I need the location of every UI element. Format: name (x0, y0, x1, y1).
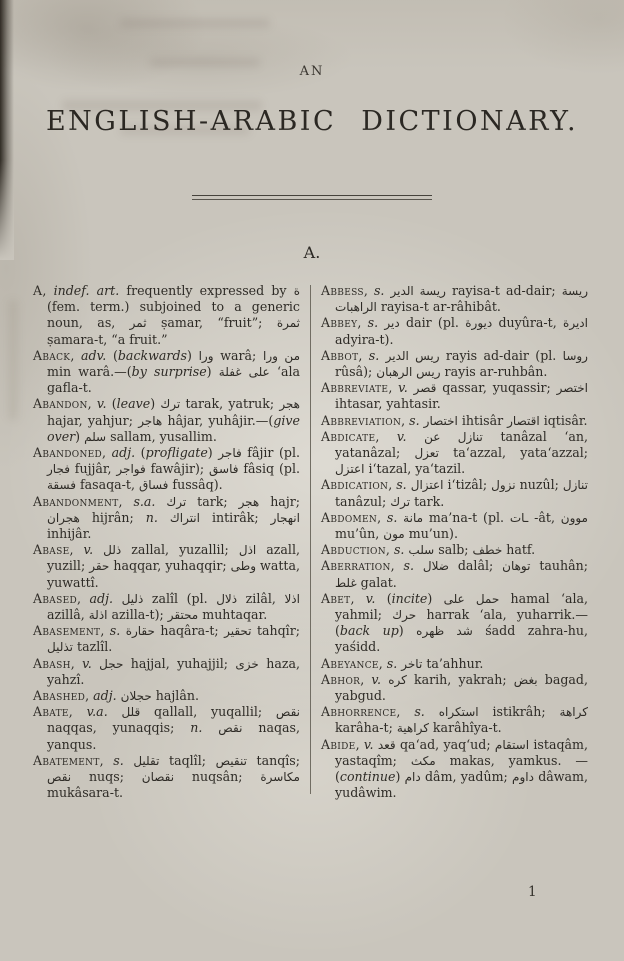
arabic-text: حقر (89, 559, 109, 573)
grammar-label: adj. (93, 688, 116, 703)
arabic-text: اعتزل (335, 462, 364, 476)
grammar-label: s. (369, 348, 379, 363)
grammar-label: incite (392, 591, 428, 606)
entry-text: taqlîl; (159, 753, 215, 768)
headword: Aberration (321, 558, 391, 573)
entry-text: , (88, 396, 97, 411)
dictionary-entry: Abbreviate, v. قصر qassar, yuqassir; اخت… (321, 380, 588, 412)
grammar-label: v.a. (87, 704, 108, 719)
arabic-text: ثمر (130, 316, 147, 330)
entry-text: ( (106, 348, 118, 363)
entry-text: dair (pl. (400, 315, 466, 330)
dictionary-entry: Abashed, adj. حجلان hajlân. (33, 688, 300, 704)
grammar-label: v. (397, 429, 407, 444)
column-divider-rule (310, 285, 311, 794)
entry-text: , (358, 348, 368, 363)
entry-text (124, 753, 134, 768)
arabic-text: هجران (47, 511, 80, 525)
entry-text: karih, yakrah; (407, 672, 514, 687)
grammar-label: backwards (118, 348, 187, 363)
grammar-label: s.a. (133, 494, 155, 509)
entry-text: i‘tazal, ya‘tazil. (364, 461, 465, 476)
arabic-text: داوم (512, 770, 534, 784)
arabic-text: وطى (231, 559, 256, 573)
headword: Abasement (33, 623, 100, 638)
arabic-text: هاجر (138, 414, 162, 428)
entry-text (414, 558, 423, 573)
arabic-text: اذل (239, 543, 256, 557)
entry-text: fâsiq (pl. (239, 461, 300, 476)
arabic-text: دام (405, 770, 421, 784)
arabic-text: تاخر (401, 657, 422, 671)
entry-text: tahqîr; (252, 623, 300, 638)
entry-text: hijrân; (80, 510, 146, 525)
headword: Abased (33, 591, 77, 606)
arabic-text: حمل على (444, 592, 500, 606)
dictionary-entry: Abdicate, v. تنازل عن tanâzal ‘an, yatan… (321, 429, 588, 478)
arabic-text: ورا (199, 349, 214, 363)
arabic-text: ترك (166, 495, 186, 509)
arabic-text: قصر (414, 381, 437, 395)
grammar-label: continue (340, 769, 396, 784)
entry-text: , (71, 656, 82, 671)
arabic-text: تحقير (224, 624, 251, 638)
grammar-label: v. (371, 672, 381, 687)
entry-text: , (379, 656, 387, 671)
entry-text: zalîl (pl. (143, 591, 216, 606)
arabic-text: تنقيص (216, 754, 247, 768)
arabic-text: انهجار (271, 511, 300, 525)
entry-text: adyira-t). (335, 332, 393, 347)
entry-text: tazlîl. (73, 639, 112, 654)
entry-text: , (388, 477, 396, 492)
entry-text: hajar, yahjur; (47, 413, 138, 428)
arabic-text: سلم (84, 430, 106, 444)
arabic-text: تعزل (414, 446, 438, 460)
grammar-label: v. (84, 542, 94, 557)
entry-text: ( (375, 591, 391, 606)
dictionary-columns: A, indef. art. frequently expressed by ة… (33, 283, 588, 802)
headword: A (33, 283, 42, 298)
arabic-text: نقص (218, 721, 242, 735)
arabic-text: موون (561, 511, 588, 525)
grammar-label: n. (190, 720, 202, 735)
arabic-text: محتقر (168, 608, 199, 622)
arabic-text: قعد (378, 738, 396, 752)
entry-text: , (350, 591, 365, 606)
headword: Abhor (321, 672, 360, 687)
entry-text: ) (208, 445, 219, 460)
entry-text: min warâ.—( (47, 364, 132, 379)
entry-text: fussâq). (168, 477, 222, 492)
arabic-text: روسا (563, 349, 588, 363)
dictionary-entry: Abdomen, s. مانة ma’na-t (pl. ـات -ât, م… (321, 510, 588, 542)
entry-text: , (102, 445, 112, 460)
entry-text: tark. (410, 494, 444, 509)
entry-text: muhtaqar. (198, 607, 267, 622)
entry-text: hajjal, yuhajjil; (123, 656, 235, 671)
entry-text: inhijâr. (47, 526, 91, 541)
grammar-label: adj. (112, 445, 135, 460)
arabic-text: خزى (235, 657, 258, 671)
entry-text: rûsâ); (335, 364, 376, 379)
entry-text: , (357, 315, 367, 330)
dictionary-entry: A, indef. art. frequently expressed by ة… (33, 283, 300, 348)
entry-text: ṣamara-t, “a fruit.” (47, 332, 168, 347)
grammar-label: s. (113, 753, 123, 768)
entry-text: qa‘ad, yaq‘ud; (396, 737, 495, 752)
arabic-text: شد ظهره (416, 624, 473, 638)
headword: Abbreviate (321, 380, 388, 395)
arabic-text: نزول (491, 478, 515, 492)
dictionary-entry: Abatement, s. تقليل taqlîl; تنقيص tanqîs… (33, 753, 300, 802)
entry-text: , (42, 283, 53, 298)
arabic-text: فسقة (47, 478, 76, 492)
headword: Abashed (33, 688, 85, 703)
entry-text: karâhîya-t. (429, 720, 502, 735)
entry-text (425, 704, 439, 719)
arabic-text: من ورا (263, 349, 300, 363)
arabic-text: حقارة (126, 624, 155, 638)
entry-text: -ât, (528, 510, 560, 525)
entry-text: , (100, 753, 114, 768)
entry-text: fâjir (pl. (242, 445, 300, 460)
headword: Abandoned (33, 445, 102, 460)
arabic-text: ضلال (423, 559, 449, 573)
arabic-text: خطف (473, 543, 503, 557)
entry-text: duyûra-t, (492, 315, 563, 330)
scanned-dictionary-page: AN ENGLISH-ARABIC DICTIONARY. A. A, inde… (0, 0, 624, 961)
entry-text: , (391, 558, 404, 573)
dictionary-entry: Abash, v. حجل hajjal, yuhajjil; خزى haza… (33, 656, 300, 688)
entry-text (158, 510, 170, 525)
headword: Abet (321, 591, 350, 606)
dictionary-entry: Abbot, s. ريس الدير rayis ad-dair (pl. ر… (321, 348, 588, 380)
dictionary-entry: Abate, v.a. قلل qallall, yuqallil; نقص n… (33, 704, 300, 753)
arabic-text: قلل (121, 705, 140, 719)
page-title: ENGLISH-ARABIC DICTIONARY. (0, 106, 624, 137)
grammar-label: v. (366, 591, 376, 606)
arabic-text: ديورة (465, 316, 492, 330)
entry-text: haqqar, yuhaqqir; (109, 558, 230, 573)
entry-text: galat. (357, 575, 397, 590)
headword: Abdicate (321, 429, 375, 444)
entry-text: tauhân; (530, 558, 588, 573)
entry-text: tarak, yatruk; (180, 396, 279, 411)
entry-text: dalâl; (449, 558, 502, 573)
arabic-text: بغض (514, 673, 538, 687)
entry-text: ) (399, 623, 416, 638)
entry-text: mukâsara-t. (47, 785, 123, 800)
entry-text: ihtasar, yahtasir. (335, 396, 441, 411)
column-left: A, indef. art. frequently expressed by ة… (33, 283, 300, 802)
grammar-label: v. (97, 396, 107, 411)
entry-text: fasaqa-t, (76, 477, 139, 492)
grammar-label: n. (146, 510, 158, 525)
entry-text: rayisa-t ad-dair; (446, 283, 562, 298)
grammar-label: s. (387, 510, 397, 525)
dictionary-entry: Abasement, s. حقارة haqâra-t; تحقير tahq… (33, 623, 300, 655)
entry-text: , (85, 688, 93, 703)
entry-text: ) (207, 364, 219, 379)
headword: Abbey (321, 315, 357, 330)
headword: Abatement (33, 753, 100, 768)
entry-text: iqtisâr. (540, 413, 588, 428)
entry-text: hatf. (502, 542, 535, 557)
arabic-text: ثمرة (277, 316, 300, 330)
entry-text: nuzûl; (516, 477, 563, 492)
grammar-label: s. (404, 558, 414, 573)
entry-text: , (396, 704, 414, 719)
dictionary-entry: Abandoned, adj. (profligate) فاجر fâjir … (33, 445, 300, 494)
dictionary-entry: Abase, v. ذلل zallal, yuzallil; اذل azal… (33, 542, 300, 591)
arabic-text: اختصر (557, 381, 588, 395)
dictionary-entry: Abet, v. (incite) حمل على hamal ‘ala, ya… (321, 591, 588, 656)
entry-text: haqâra-t; (155, 623, 224, 638)
arabic-text: ذلال (216, 592, 237, 606)
dictionary-entry: Abbey, s. دير dair (pl. ديورة duyûra-t, … (321, 315, 588, 347)
entry-text: hâjar, yuhâjir.—( (162, 413, 273, 428)
entry-text: , (77, 591, 90, 606)
entry-text: ) (150, 396, 160, 411)
entry-text (92, 656, 99, 671)
entry-text: ( (135, 445, 146, 460)
bleed-through-artifact (8, 300, 18, 420)
entry-text (407, 429, 425, 444)
arabic-text: انتراك (170, 511, 200, 525)
arabic-text: على غفلة (219, 365, 270, 379)
entry-text: warâ; (214, 348, 263, 363)
entry-text: zallal, yuzallil; (121, 542, 239, 557)
entry-text: ta‘azzal, yata‘azzal; (439, 445, 588, 460)
arabic-text: اذلة (89, 608, 108, 622)
entry-text: sallam, yusallim. (106, 429, 217, 444)
dictionary-entry: Abbreviation, s. اختصار ihtisâr اقتصار i… (321, 413, 588, 429)
grammar-label: s. (387, 656, 397, 671)
dictionary-entry: Abide, v. قعد qa‘ad, yaq‘ud; استقام ista… (321, 737, 588, 802)
entry-text: fujjâr, (70, 461, 116, 476)
entry-text: tark; (186, 494, 238, 509)
entry-text: zilâl, (237, 591, 284, 606)
grammar-label: s. (414, 704, 424, 719)
grammar-label: profligate (146, 445, 208, 460)
entry-text: mu’un). (405, 526, 458, 541)
arabic-text: حرك (392, 608, 416, 622)
arabic-text: ذليل (122, 592, 144, 606)
headword: Abdication (321, 477, 388, 492)
headword: Abase (33, 542, 69, 557)
grammar-label: s. (374, 283, 384, 298)
arabic-text: ترك (390, 495, 410, 509)
arabic-text: اعتزال (411, 478, 444, 492)
dictionary-entry: Abbess, s. ريسة الدير rayisa-t ad-dair; … (321, 283, 588, 315)
section-letter: A. (0, 243, 624, 262)
entry-text: ) (75, 429, 84, 444)
arabic-text: تنازل (563, 478, 588, 492)
headword: Abduction (321, 542, 386, 557)
entry-text: hajlân. (152, 688, 199, 703)
grammar-label: v. (82, 656, 92, 671)
entry-text: dâm, yadûm; (421, 769, 512, 784)
arabic-text: مكاسرة (260, 770, 300, 784)
entry-text: , (69, 704, 87, 719)
entry-text: tanâzul; (335, 494, 390, 509)
entry-text: hajr; (259, 494, 300, 509)
headword: Abandonment (33, 494, 119, 509)
arabic-text: ريس الدير (386, 349, 440, 363)
grammar-label: by surprise (132, 364, 207, 379)
headword: Abate (33, 704, 69, 719)
grammar-label: s. (394, 542, 404, 557)
column-right: Abbess, s. ريسة الدير rayisa-t ad-dair; … (321, 283, 588, 802)
arabic-text: اديرة (563, 316, 588, 330)
entry-text: i‘tizâl; (444, 477, 492, 492)
entry-text: tanqîs; (247, 753, 300, 768)
arabic-text: كراهية (397, 721, 429, 735)
entry-text: , (375, 429, 397, 444)
arabic-text: ة (294, 284, 300, 298)
entry-text: azilla-t); (108, 607, 168, 622)
arabic-text: اذلا (284, 592, 300, 606)
entry-text: nuqs; (71, 769, 142, 784)
entry-text: , (69, 542, 83, 557)
entry-text (202, 720, 218, 735)
grammar-label: v. (398, 380, 408, 395)
entry-text: naqqas, yunaqqis; (47, 720, 190, 735)
arabic-text: ترك (160, 397, 180, 411)
arabic-text: توهان (502, 559, 530, 573)
entry-text: ma’na-t (pl. (423, 510, 510, 525)
entry-text: , (401, 413, 409, 428)
headword: Aback (33, 348, 70, 363)
entry-text: qassar, yuqassir; (436, 380, 556, 395)
dictionary-entry: Abandonment, s.a. ترك tark; هجر hajr; هج… (33, 494, 300, 543)
arabic-text: فجار (47, 462, 70, 476)
arabic-text: نقص (276, 705, 300, 719)
arabic-text: استكراه (439, 705, 479, 719)
headword: Abide (321, 737, 356, 752)
entry-text (108, 704, 122, 719)
entry-text: , (70, 348, 81, 363)
grammar-label: s. (110, 623, 120, 638)
entry-text: intirâk; (200, 510, 271, 525)
headword: Abeyance (321, 656, 379, 671)
title-divider-rule (192, 195, 432, 200)
arabic-text: مانة (403, 511, 423, 525)
entry-text: frequently expressed by (119, 283, 293, 298)
entry-text: ) (427, 591, 443, 606)
dictionary-entry: Aberration, s. ضلال dalâl; توهان tauhân;… (321, 558, 588, 590)
arabic-text: اقتصار (507, 414, 540, 428)
arabic-text: تذليل (47, 640, 73, 654)
arabic-text: ذلل (103, 543, 121, 557)
arabic-text: هجر (239, 495, 260, 509)
entry-text: , (377, 510, 387, 525)
dictionary-entry: Aback, adv. (backwards) ورا warâ; من ورا… (33, 348, 300, 397)
entry-text: , (388, 380, 398, 395)
headword: Abash (33, 656, 71, 671)
dictionary-entry: Abeyance, s. تاخر ta’ahhur. (321, 656, 588, 672)
arabic-text: اختصار (424, 414, 458, 428)
dictionary-entry: Abandon, v. (leave) ترك tarak, yatruk; ه… (33, 396, 300, 445)
arabic-text: نقصان (142, 770, 174, 784)
entry-text: salb; (434, 542, 472, 557)
grammar-label: adv. (81, 348, 106, 363)
entry-text (93, 542, 103, 557)
arabic-text: كراهة (560, 705, 588, 719)
dictionary-entry: Abduction, s. سلب salb; خطف hatf. (321, 542, 588, 558)
grammar-label: s. (396, 477, 406, 492)
arabic-text: ـات (510, 511, 528, 525)
entry-text: rayis ar-ruhbân. (441, 364, 548, 379)
headword: Abhorrence (321, 704, 396, 719)
headword: Abdomen (321, 510, 377, 525)
arabic-text: استقام (495, 738, 529, 752)
entry-text: istikrâh; (479, 704, 560, 719)
entry-text: nuqsân; (174, 769, 260, 784)
bleed-through-artifact (120, 18, 270, 28)
grammar-label: leave (117, 396, 151, 411)
arabic-text: سلب (408, 543, 434, 557)
entry-text: fawâjir); (146, 461, 209, 476)
grammar-label: s. (409, 413, 419, 428)
arabic-text: حجل (99, 657, 123, 671)
dictionary-entry: Abdication, s. اعتزال i‘tizâl; نزول nuzû… (321, 477, 588, 509)
arabic-text: تنازل عن (424, 430, 483, 444)
dictionary-entry: Abased, adj. ذليل zalîl (pl. ذلال zilâl,… (33, 591, 300, 623)
headword: Abbot (321, 348, 358, 363)
entry-text (155, 494, 166, 509)
headword: Abbess (321, 283, 364, 298)
grammar-label: indef. art. (54, 283, 120, 298)
entry-text: rayis ad-dair (pl. (440, 348, 563, 363)
entry-text: ( (107, 396, 117, 411)
half-title: AN (0, 64, 624, 79)
arabic-text: ريسة الدير (390, 284, 445, 298)
entry-text: , (386, 542, 394, 557)
entry-text: ) (187, 348, 199, 363)
arabic-text: دير (384, 316, 399, 330)
headword: Abbreviation (321, 413, 401, 428)
arabic-text: كره (388, 673, 407, 687)
entry-text: qallall, yuqallil; (140, 704, 276, 719)
entry-text: , (360, 672, 371, 687)
grammar-label: s. (368, 315, 378, 330)
entry-text: , (356, 737, 364, 752)
arabic-text: مون (383, 527, 404, 541)
entry-text: ṣamar, “fruit”; (147, 315, 277, 330)
arabic-text: هجر (279, 397, 300, 411)
grammar-label: back up (340, 623, 399, 638)
entry-text (113, 591, 122, 606)
arabic-text: فاسق (209, 462, 238, 476)
arabic-text: تقليل (133, 754, 159, 768)
arabic-text: فساق (139, 478, 168, 492)
entry-text: , (364, 283, 374, 298)
arabic-text: حجلان (121, 689, 152, 703)
dictionary-entry: Abhor, v. كره karih, yakrah; بغض bagad, … (321, 672, 588, 704)
grammar-label: adj. (90, 591, 113, 606)
entry-text: karâha-t; (335, 720, 397, 735)
arabic-text: مكث (411, 754, 436, 768)
entry-text: , (100, 623, 109, 638)
entry-text: rayisa-t ar-râhibât. (377, 299, 501, 314)
arabic-text: فواجر (116, 462, 145, 476)
arabic-text: ريس الرهبان (376, 365, 440, 379)
arabic-text: فاجر (218, 446, 241, 460)
entry-text: ta’ahhur. (422, 656, 483, 671)
entry-text: azillâ, (47, 607, 89, 622)
